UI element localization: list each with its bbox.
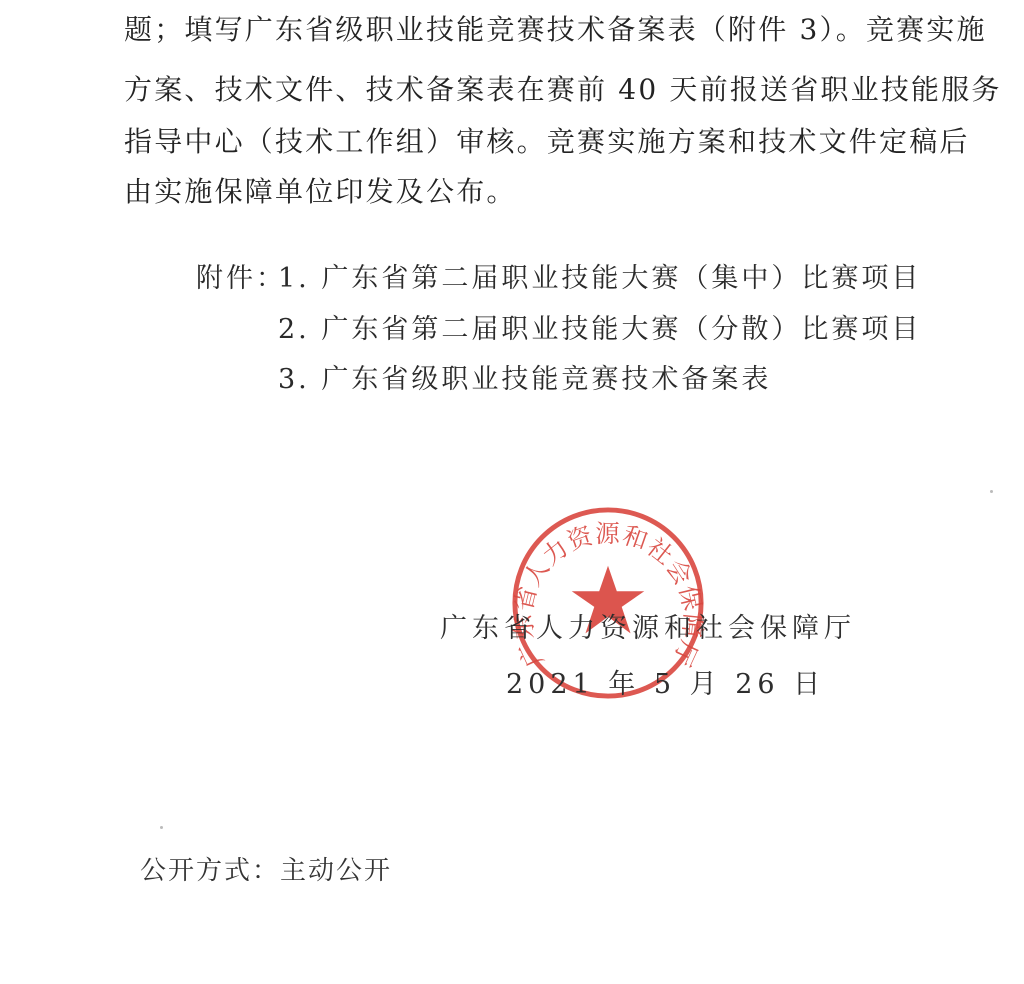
paragraph-line-4: 由实施保障单位印发及公布。 — [124, 170, 517, 210]
paragraph-line-2: 方案、技术文件、技术备案表在赛前 40 天前报送省职业技能服务 — [124, 68, 1002, 108]
attachment-item-1: 1. 广东省第二届职业技能大赛（集中）比赛项目 — [278, 256, 921, 295]
attachment-item-3: 3. 广东省级职业技能竞赛技术备案表 — [278, 357, 771, 396]
attachment-item-2: 2. 广东省第二届职业技能大赛（分散）比赛项目 — [278, 307, 921, 346]
scan-speck — [990, 490, 993, 493]
attachments-label: 附件： — [196, 256, 286, 295]
issue-date: 2021 年 5 月 26 日 — [506, 662, 825, 701]
paragraph-line-1: 题；填写广东省级职业技能竞赛技术备案表（附件 3）。竞赛实施 — [124, 8, 987, 48]
paragraph-line-3: 指导中心（技术工作组）审核。竞赛实施方案和技术文件定稿后 — [124, 120, 970, 160]
disclosure-method: 公开方式：主动公开 — [140, 850, 392, 887]
scan-speck — [160, 826, 163, 829]
issuing-organization: 广东省人力资源和社会保障厅 — [440, 606, 856, 645]
